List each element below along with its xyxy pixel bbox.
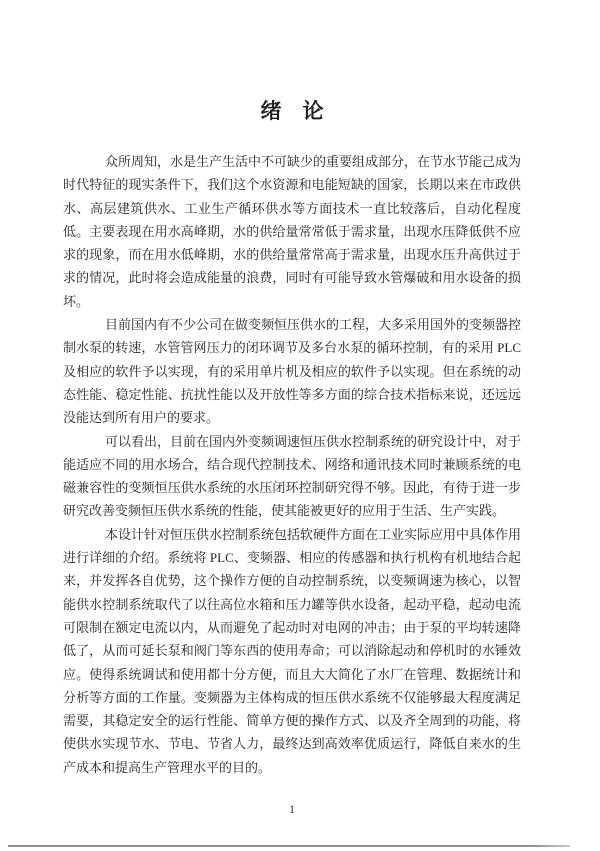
page-edge-line xyxy=(8,845,570,847)
paragraph-4: 本设计针对恒压供水控制系统包括软硬件方面在工业实际应用中具体作用进行详细的介绍。… xyxy=(63,523,521,779)
paragraph-3: 可以看出，目前在国内外变频调速恒压供水控制系统的研究设计中，对于能适应不同的用水… xyxy=(63,430,521,523)
document-body: 众所周知，水是生产生活中不可缺少的重要组成部分，在节水节能己成为时代特征的现实条… xyxy=(63,150,521,779)
page-title: 绪 论 xyxy=(63,96,521,126)
page-number: 1 xyxy=(63,801,521,817)
paragraph-1: 众所周知，水是生产生活中不可缺少的重要组成部分，在节水节能己成为时代特征的现实条… xyxy=(63,150,521,313)
paragraph-2: 目前国内有不少公司在做变频恒压供水的工程，大多采用国外的变频器控制水泵的转速，水… xyxy=(63,313,521,429)
document-page: 绪 论 众所周知，水是生产生活中不可缺少的重要组成部分，在节水节能己成为时代特征… xyxy=(63,0,521,817)
